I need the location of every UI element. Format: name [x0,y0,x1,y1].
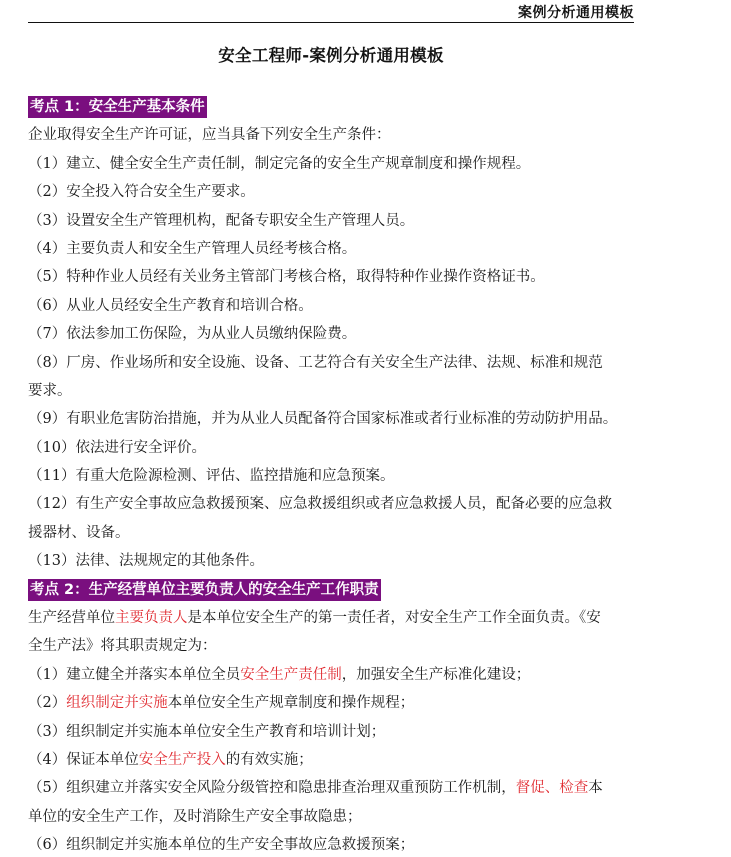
document-title: 安全工程师-案例分析通用模板 [0,42,662,66]
list-item: （4）主要负责人和安全生产管理人员经考核合格。 [28,235,638,263]
list-item: （4）保证本单位安全生产投入的有效实施； [28,746,638,774]
list-item: （7）依法参加工伤保险，为从业人员缴纳保险费。 [28,320,638,348]
list-item: （2）组织制定并实施本单位安全生产规章制度和操作规程； [28,689,638,717]
list-item-continuation: 援器材、设备。 [28,519,638,547]
text: （6）组织制定并实施本单位的生产安全事故应急救援预案； [28,837,414,853]
text: ，加强安全生产标准化建设； [342,667,531,683]
list-item: （5）特种作业人员经有关业务主管部门考核合格，取得特种作业操作资格证书。 [28,263,638,291]
list-item: （13）法律、法规规定的其他条件。 [28,547,638,575]
list-item: （11）有重大危险源检测、评估、监控措施和应急预案。 [28,462,638,490]
list-item: （9）有职业危害防治措施，并为从业人员配备符合国家标准或者行业标准的劳动防护用品… [28,405,638,433]
text: 生产经营单位 [28,610,115,626]
text: （5）组织建立并落实安全风险分级管控和隐患排查治理双重预防工作机制， [28,780,516,796]
text: 本 [588,780,603,796]
document-body: 考点 1：安全生产基本条件 企业取得安全生产许可证，应当具备下列安全生产条件： … [28,93,638,857]
highlight-text: 组织制定并实施 [66,695,168,711]
highlight-text: 督促、检查 [516,780,589,796]
text: 的有效实施； [226,752,313,768]
list-item: （2）安全投入符合安全生产要求。 [28,178,638,206]
list-item: （6）从业人员经安全生产教育和培训合格。 [28,292,638,320]
list-item-continuation: 要求。 [28,377,638,405]
list-item: （1）建立健全并落实本单位全员安全生产责任制，加强安全生产标准化建设； [28,661,638,689]
text: （4）保证本单位 [28,752,139,768]
text: （3）组织制定并实施本单位安全生产教育和培训计划； [28,724,385,740]
section-heading: 考点 1：安全生产基本条件 [28,96,207,118]
running-title: 案例分析通用模板 [518,2,634,22]
page-header: 案例分析通用模板 [28,0,634,23]
text: 是本单位安全生产的第一责任者，对安全生产工作全面负责。《安 [188,610,601,626]
list-item-continuation: 单位的安全生产工作，及时消除生产安全事故隐患； [28,803,638,831]
highlight-text: 安全生产责任制 [240,667,342,683]
section-2-heading-row: 考点 2：生产经营单位主要负责人的安全生产工作职责 [28,576,638,604]
list-item: （3）组织制定并实施本单位安全生产教育和培训计划； [28,718,638,746]
text: 本单位安全生产规章制度和操作规程； [168,695,415,711]
list-item: （12）有生产安全事故应急救援预案、应急救援组织或者应急救援人员，配备必要的应急… [28,490,638,518]
section-2-intro-continuation: 全生产法》将其职责规定为： [28,632,638,660]
text: 单位的安全生产工作，及时消除生产安全事故隐患； [28,809,362,825]
text: （2） [28,695,66,711]
section-2-intro: 生产经营单位主要负责人是本单位安全生产的第一责任者，对安全生产工作全面负责。《安 [28,604,638,632]
list-item: （10）依法进行安全评价。 [28,434,638,462]
list-item: （3）设置安全生产管理机构，配备专职安全生产管理人员。 [28,207,638,235]
text: （1）建立健全并落实本单位全员 [28,667,240,683]
highlight-text: 安全生产投入 [139,752,226,768]
highlight-text: 主要负责人 [115,610,188,626]
list-item: （8）厂房、作业场所和安全设施、设备、工艺符合有关安全生产法律、法规、标准和规范 [28,349,638,377]
section-heading: 考点 2：生产经营单位主要负责人的安全生产工作职责 [28,579,381,601]
section-1-intro: 企业取得安全生产许可证，应当具备下列安全生产条件： [28,121,638,149]
list-item: （5）组织建立并落实安全风险分级管控和隐患排查治理双重预防工作机制，督促、检查本 [28,774,638,802]
list-item: （6）组织制定并实施本单位的生产安全事故应急救援预案； [28,831,638,857]
list-item: （1）建立、健全安全生产责任制，制定完备的安全生产规章制度和操作规程。 [28,150,638,178]
section-1-heading-row: 考点 1：安全生产基本条件 [28,93,638,121]
